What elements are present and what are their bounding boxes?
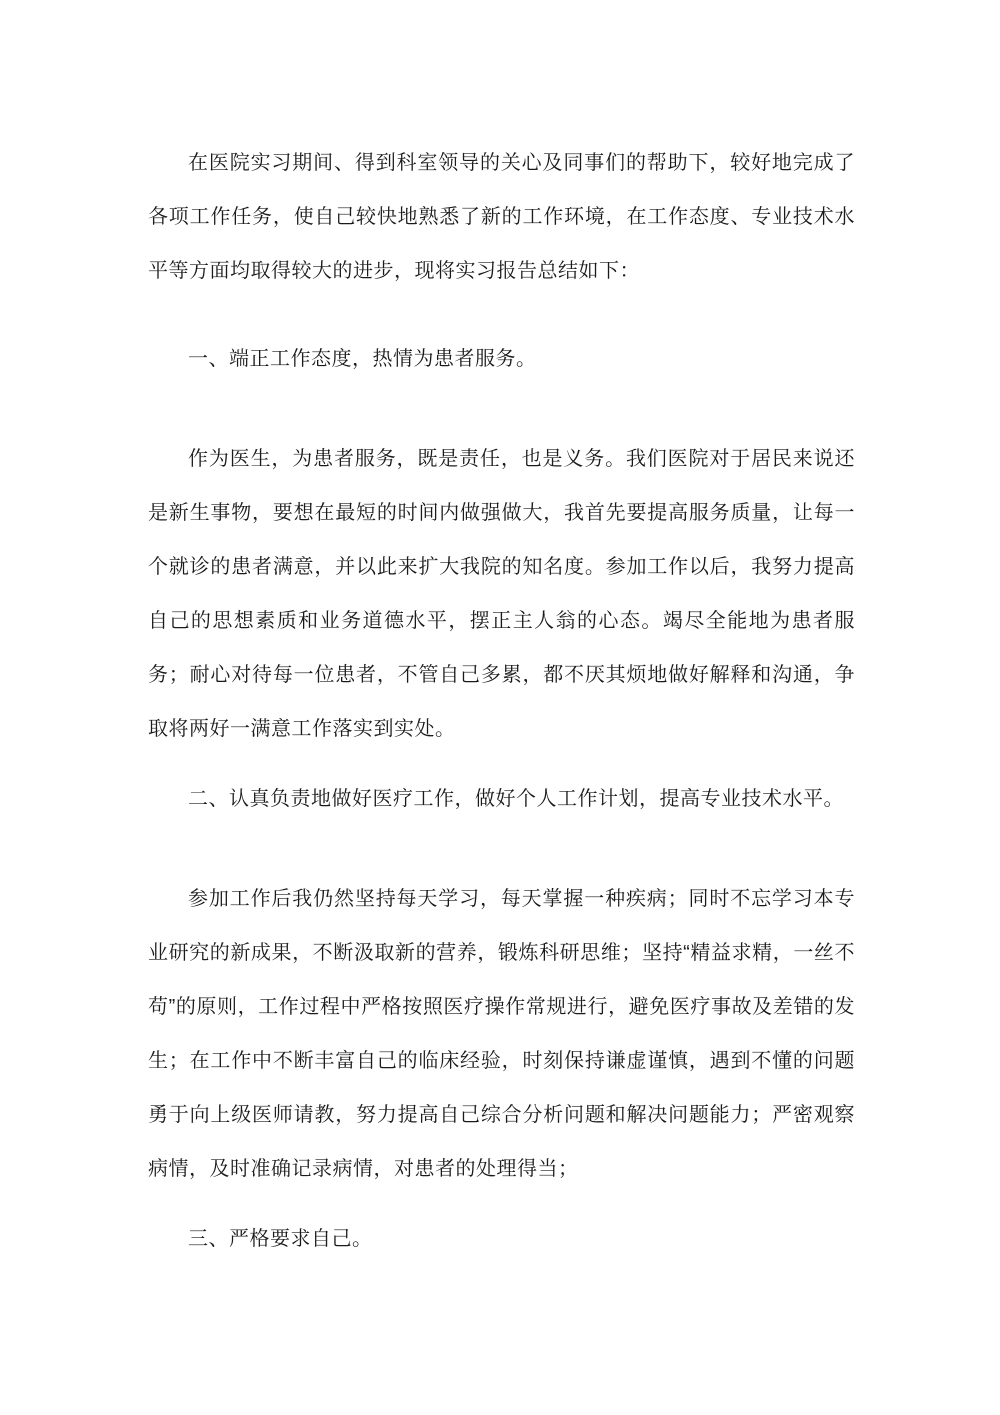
section-1-heading: 一、端正工作态度，热情为患者服务。 xyxy=(148,332,855,386)
section-2-heading: 二、认真负责地做好医疗工作，做好个人工作计划，提高专业技术水平。 xyxy=(148,772,855,826)
section-3-heading: 三、严格要求自己。 xyxy=(148,1212,855,1266)
document-page: 在医院实习期间、得到科室领导的关心及同事们的帮助下，较好地完成了各项工作任务，使… xyxy=(0,0,1000,1415)
section-2-paragraph: 参加工作后我仍然坚持每天学习，每天掌握一种疾病；同时不忘学习本专业研究的新成果，… xyxy=(148,872,855,1196)
section-1-paragraph: 作为医生，为患者服务，既是责任，也是义务。我们医院对于居民来说还是新生事物，要想… xyxy=(148,432,855,756)
intro-paragraph: 在医院实习期间、得到科室领导的关心及同事们的帮助下，较好地完成了各项工作任务，使… xyxy=(148,136,855,298)
